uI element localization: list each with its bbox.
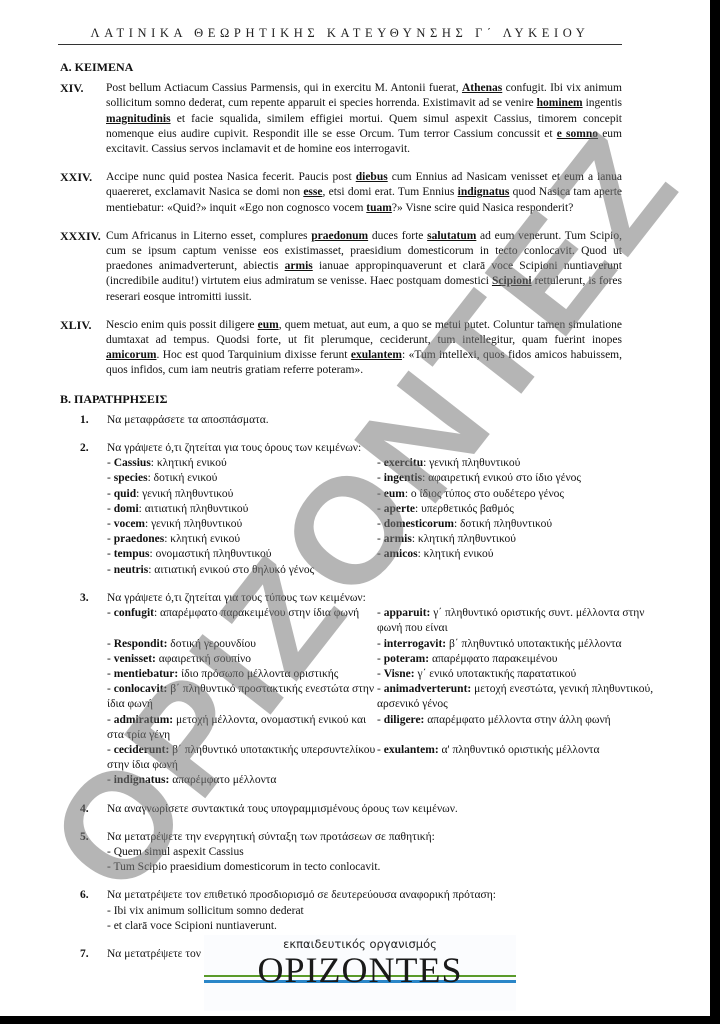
term-description: : δοτική ενικού: [148, 472, 218, 484]
task-number: 4.: [80, 802, 107, 817]
organization-logo: εκπαιδευτικός οργανισμός OPIZONTES: [204, 935, 516, 1011]
term-dash: -: [107, 638, 114, 650]
term-word: admiratum:: [114, 714, 173, 726]
term-description: : γενική πληθυντικού: [136, 488, 233, 500]
latin-text-block: XIV.Post bellum Actiacum Cassius Parmens…: [60, 81, 622, 157]
text-run: . Hoc est quod Tarquinium dixisse ferunt: [156, 349, 350, 361]
text-body: Accipe nunc quid postea Nasica fecerit. …: [106, 170, 622, 216]
term-dash: -: [107, 518, 114, 530]
term-item: - interrogavit: β΄ πληθυντικό υποτακτική…: [377, 637, 659, 652]
term-word: quid: [114, 488, 136, 500]
header-divider: [58, 44, 622, 45]
term-dash: -: [107, 503, 114, 515]
term-item: - domesticorum: δοτική πληθυντικού: [377, 517, 659, 532]
term-item: - Cassius: κλητική ενικού: [107, 456, 377, 471]
term-word: tempus: [114, 548, 150, 560]
term-item: - armis: κλητική πληθυντικού: [377, 532, 659, 547]
term-word: domesticorum: [384, 518, 454, 530]
term-description: γ΄ ενικό υποτακτικής παρατατικού: [415, 668, 577, 680]
term-item: - quid: γενική πληθυντικού: [107, 487, 377, 502]
term-word: domi: [114, 503, 139, 515]
term-description: δοτική γερουνδίου: [167, 638, 256, 650]
term-dash: -: [107, 472, 114, 484]
term-description: : κλητική πληθυντικού: [412, 533, 516, 545]
term-dash: -: [107, 607, 114, 619]
underlined-term: Scipioni: [492, 275, 532, 287]
latin-texts: XIV.Post bellum Actiacum Cassius Parmens…: [60, 81, 622, 378]
underlined-term: indignatus: [458, 186, 510, 198]
term-dash: -: [107, 533, 114, 545]
term-word: armis: [384, 533, 412, 545]
term-word: venisset:: [114, 653, 156, 665]
term-item: - confugit: απαρέμφατο παρακειμένου στην…: [107, 606, 377, 636]
task-number: 2.: [80, 441, 107, 578]
term-description: : απαρέμφατο παρακειμένου στην ίδια φωνή: [154, 607, 359, 619]
term-word: diligere:: [384, 714, 425, 726]
underlined-term: amicorum: [106, 349, 156, 361]
term-item: - conlocavit: β΄ πληθυντικό προστακτικής…: [107, 682, 377, 712]
underlined-term: salutatum: [427, 230, 476, 242]
task-2: 2. Να γράψετε ό,τι ζητείται για τους όρο…: [80, 441, 622, 578]
underlined-term: exulantem: [351, 349, 402, 361]
text-body: Cum Africanus in Literno esset, complure…: [106, 229, 622, 305]
term-word: Visne:: [384, 668, 415, 680]
term-word: indignatus:: [114, 774, 170, 786]
text-run: Accipe nunc quid postea Nasica fecerit. …: [106, 171, 356, 183]
term-description: β΄ πληθυντικό υποτακτικής μέλλοντα: [446, 638, 621, 650]
term-word: Cassius: [114, 457, 151, 469]
term-description: : γενική πληθυντικού: [145, 518, 242, 530]
task-text: Να αναγνωρίσετε συντακτικά τους υπογραμμ…: [107, 802, 622, 817]
section-a-title: A. KEIMENA: [60, 60, 622, 75]
task-2-terms: - Cassius: κλητική ενικού- species: δοτι…: [107, 456, 659, 578]
terms-left-column: - Cassius: κλητική ενικού- species: δοτι…: [107, 456, 377, 578]
term-item: - admiratum: μετοχή μέλλοντα, ονομαστική…: [107, 713, 377, 743]
term-dash: -: [377, 683, 384, 695]
term-dash: -: [107, 548, 114, 560]
term-item: - aperte: υπερθετικός βαθμός: [377, 502, 659, 517]
term-word: apparuit:: [384, 607, 431, 619]
document-content: A. KEIMENA XIV.Post bellum Actiacum Cass…: [60, 60, 622, 962]
term-description: : κλητική ενικού: [164, 533, 240, 545]
term-item: - vocem: γενική πληθυντικού: [107, 517, 377, 532]
term-item: - exercitu: γενική πληθυντικού: [377, 456, 659, 471]
term-description: ίδιο πρόσωπο μέλλοντα οριστικής: [178, 668, 338, 680]
term-word: conlocavit:: [114, 683, 168, 695]
term-item: - Respondit: δοτική γερουνδίου: [107, 637, 377, 652]
term-description: αφαιρετική σουπίνο: [156, 653, 251, 665]
term-item: - neutris: αιτιατική ενικού στο θηλυκό γ…: [107, 563, 377, 578]
latin-text-block: XXIV.Accipe nunc quid postea Nasica fece…: [60, 170, 622, 216]
text-run: Nescio enim quis possit diligere: [106, 319, 258, 331]
sentence-item: - Quem simul aspexit Cassius: [107, 845, 622, 860]
term-dash: -: [377, 533, 384, 545]
task-text: Να γράψετε ό,τι ζητείται για τους τύπους…: [107, 591, 659, 606]
term-description: α' πληθυντικό οριστικής μέλλοντα: [439, 744, 600, 756]
term-item: - eum: ο ίδιος τύπος στο ουδέτερο γένος: [377, 487, 659, 502]
term-description: : υπερθετικός βαθμός: [415, 503, 514, 515]
term-item: - ceciderunt: β΄ πληθυντικό υποτακτικής …: [107, 743, 377, 773]
term-dash: -: [377, 744, 384, 756]
term-description: απαρέμφατο παρακειμένου: [429, 653, 557, 665]
task-number: 7.: [80, 947, 107, 962]
term-description: : αιτιατική πληθυντικού: [139, 503, 249, 515]
text-run: ingentis: [583, 97, 622, 109]
term-word: poteram:: [384, 653, 429, 665]
term-word: ceciderunt:: [114, 744, 170, 756]
task-5: 5. Να μετατρέψετε την ενεργητική σύνταξη…: [80, 830, 622, 876]
term-word: praedones: [114, 533, 164, 545]
empty-cell: [377, 773, 659, 788]
latin-text-block: XXXIV.Cum Africanus in Literno esset, co…: [60, 229, 622, 305]
terms-right-column: - exercitu: γενική πληθυντικού- ingentis…: [377, 456, 659, 578]
underlined-term: Athenas: [462, 82, 502, 94]
term-word: exercitu: [384, 457, 423, 469]
term-word: vocem: [114, 518, 145, 530]
term-word: animadverterunt:: [384, 683, 472, 695]
term-description: : ονομαστική πληθυντικού: [150, 548, 272, 560]
term-description: : κλητική ενικού: [151, 457, 227, 469]
term-dash: -: [377, 503, 384, 515]
text-number: XXIV.: [60, 170, 106, 216]
underlined-term: praedonum: [311, 230, 368, 242]
term-item: - ingentis: αφαιρετική ενικού στο ίδιο γ…: [377, 471, 659, 486]
term-dash: -: [107, 457, 114, 469]
term-word: interrogavit:: [384, 638, 446, 650]
task-text: Να μεταφράσετε τα αποσπάσματα.: [107, 413, 622, 428]
term-dash: -: [377, 472, 384, 484]
term-dash: -: [107, 714, 114, 726]
underlined-term: eum: [258, 319, 279, 331]
task-number: 6.: [80, 888, 107, 934]
text-number: XLIV.: [60, 318, 106, 379]
term-item: - amicos: κλητική ενικού: [377, 547, 659, 562]
sentence-item: - Tum Scipio praesidium domesticorum in …: [107, 860, 622, 875]
term-word: confugit: [114, 607, 154, 619]
task-3-forms: - confugit: απαρέμφατο παρακειμένου στην…: [107, 606, 659, 788]
term-item: - exulantem: α' πληθυντικό οριστικής μέλ…: [377, 743, 659, 773]
term-dash: -: [377, 653, 384, 665]
term-item: - apparuit: γ΄ πληθυντικό οριστικής συντ…: [377, 606, 659, 636]
logo-wordmark: OPIZONTES: [204, 949, 516, 991]
term-item: - praedones: κλητική ενικού: [107, 532, 377, 547]
term-item: - domi: αιτιατική πληθυντικού: [107, 502, 377, 517]
underlined-term: armis: [285, 260, 313, 272]
term-dash: -: [377, 714, 384, 726]
term-dash: -: [107, 564, 114, 576]
term-word: neutris: [114, 564, 149, 576]
task-number: 5.: [80, 830, 107, 876]
task-number: 1.: [80, 413, 107, 428]
term-dash: -: [377, 518, 384, 530]
term-word: amicos: [384, 548, 418, 560]
term-description: : ο ίδιος τύπος στο ουδέτερο γένος: [405, 488, 564, 500]
text-number: XXXIV.: [60, 229, 106, 305]
term-item: - diligere: απαρέμφατο μέλλοντα στην άλλ…: [377, 713, 659, 743]
term-word: eum: [384, 488, 405, 500]
term-item: - mentiebatur: ίδιο πρόσωπο μέλλοντα ορι…: [107, 667, 377, 682]
term-dash: -: [107, 683, 114, 695]
term-dash: -: [377, 457, 384, 469]
term-dash: -: [377, 668, 384, 680]
underlined-term: tuam: [366, 202, 392, 214]
term-item: - poteram: απαρέμφατο παρακειμένου: [377, 652, 659, 667]
text-run: , etsi domi erat. Tum Ennius: [323, 186, 458, 198]
term-word: Respondit:: [114, 638, 168, 650]
text-run: Post bellum Actiacum Cassius Parmensis, …: [106, 82, 462, 94]
term-word: aperte: [384, 503, 415, 515]
sentence-item: - Ibi vix animum sollicitum somno dedera…: [107, 904, 622, 919]
text-run: Cum Africanus in Literno esset, complure…: [106, 230, 311, 242]
task-3: 3. Να γράψετε ό,τι ζητείται για τους τύπ…: [80, 591, 622, 789]
task-text: Να μετατρέψετε την ενεργητική σύνταξη τω…: [107, 830, 622, 845]
term-dash: -: [107, 488, 114, 500]
task-number: 3.: [80, 591, 107, 789]
term-dash: -: [377, 548, 384, 560]
term-item: - animadverterunt: μετοχή ενεστώτα, γενι…: [377, 682, 659, 712]
sentence-item: - et clarā voce Scipioni nuntiaverunt.: [107, 919, 622, 934]
underlined-term: e somno: [557, 128, 598, 140]
term-description: απαρέμφατο μέλλοντα: [169, 774, 276, 786]
text-run: ?» Visne scire quid Nasica responderit?: [392, 202, 573, 214]
section-b-title: B. ΠΑΡΑΤΗΡΗΣΕΙΣ: [60, 392, 622, 407]
term-item: - Visne: γ΄ ενικό υποτακτικής παρατατικο…: [377, 667, 659, 682]
task-text: Να γράψετε ό,τι ζητείται για τους όρους …: [107, 441, 659, 456]
term-item: - venisset: αφαιρετική σουπίνο: [107, 652, 377, 667]
task-6: 6. Να μετατρέψετε τον επιθετικό προσδιορ…: [80, 888, 622, 934]
term-dash: -: [107, 774, 114, 786]
term-word: mentiebatur:: [114, 668, 179, 680]
task-1: 1. Να μεταφράσετε τα αποσπάσματα.: [80, 413, 622, 428]
term-description: : δοτική πληθυντικού: [454, 518, 552, 530]
document-page: ΛΑΤΙΝΙΚΑ ΘΕΩΡΗΤΙΚΗΣ ΚΑΤΕΥΘΥΝΣΗΣ Γ΄ ΛΥΚΕΙ…: [0, 0, 710, 1016]
text-run: duces forte: [368, 230, 427, 242]
term-word: species: [114, 472, 148, 484]
term-word: exulantem:: [384, 744, 439, 756]
term-dash: -: [107, 744, 114, 756]
underlined-term: diebus: [356, 171, 388, 183]
text-number: XIV.: [60, 81, 106, 157]
task-text: Να μετατρέψετε τον επιθετικό προσδιορισμ…: [107, 888, 622, 903]
underlined-term: magnitudinis: [106, 113, 171, 125]
term-dash: -: [377, 488, 384, 500]
term-description: : αφαιρετική ενικού στο ίδιο γένος: [422, 472, 581, 484]
text-run: et facie squalida, similem effigiei mort…: [106, 113, 622, 140]
term-item: - indignatus: απαρέμφατο μέλλοντα: [107, 773, 377, 788]
term-dash: -: [107, 668, 114, 680]
page-header-title: ΛΑΤΙΝΙΚΑ ΘΕΩΡΗΤΙΚΗΣ ΚΑΤΕΥΘΥΝΣΗΣ Γ΄ ΛΥΚΕΙ…: [58, 26, 622, 41]
term-item: - tempus: ονομαστική πληθυντικού: [107, 547, 377, 562]
text-body: Nescio enim quis possit diligere eum, qu…: [106, 318, 622, 379]
term-dash: -: [377, 607, 384, 619]
underlined-term: esse: [303, 186, 322, 198]
text-body: Post bellum Actiacum Cassius Parmensis, …: [106, 81, 622, 157]
task-4: 4. Να αναγνωρίσετε συντακτικά τους υπογρ…: [80, 802, 622, 817]
term-dash: -: [107, 653, 114, 665]
term-dash: -: [377, 638, 384, 650]
term-word: ingentis: [384, 472, 422, 484]
term-description: : κλητική ενικού: [418, 548, 494, 560]
term-item: - species: δοτική ενικού: [107, 471, 377, 486]
term-description: : γενική πληθυντικού: [423, 457, 520, 469]
underlined-term: hominem: [537, 97, 583, 109]
latin-text-block: XLIV.Nescio enim quis possit diligere eu…: [60, 318, 622, 379]
term-description: απαρέμφατο μέλλοντα στην άλλη φωνή: [424, 714, 610, 726]
term-description: : αιτιατική ενικού στο θηλυκό γένος: [148, 564, 314, 576]
